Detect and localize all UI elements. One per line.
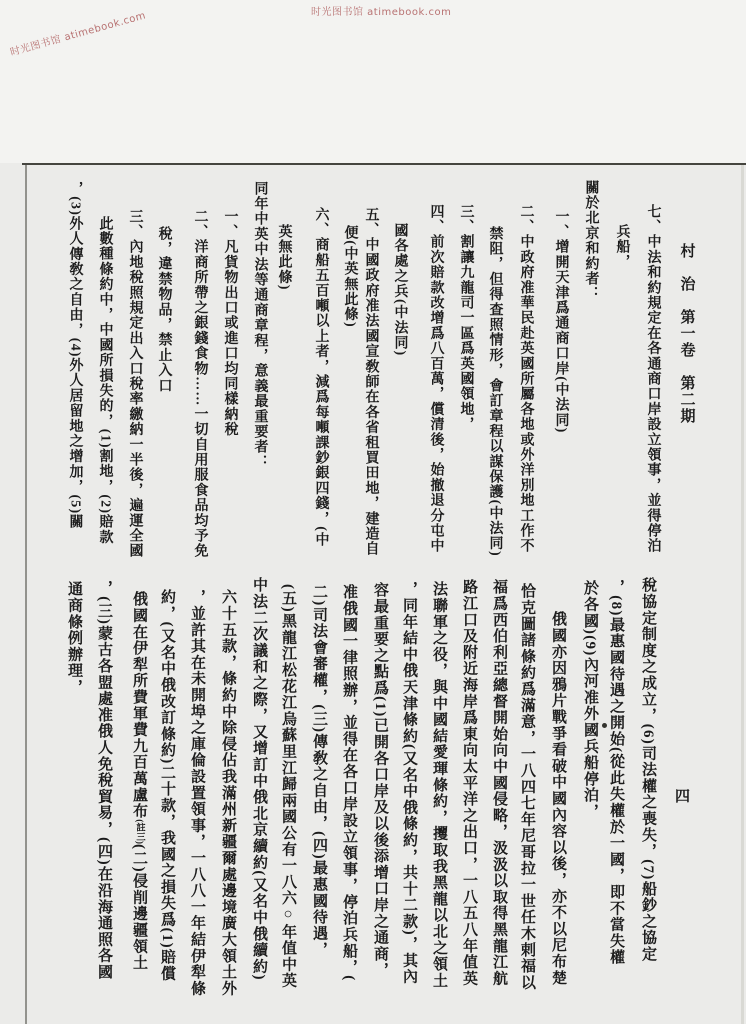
text-column: 通商條例辦理， [66, 581, 82, 1018]
text-column: 路江口及附近海岸爲東向太平洋之出口，一八五八年值英 [461, 579, 477, 1018]
text-column: 容最重要之點爲(1)已開各口岸及以後添增口岸之通商， [372, 582, 388, 1018]
text-column: 約，(又名中俄改訂條約)二十款，我國之損失爲(1)賠償 [159, 589, 175, 1018]
text-column: (五)黑龍江松花江烏蘇里江歸兩國公有一八六○年值中英 [280, 584, 296, 1018]
text-column: 中法二次議和之際，又增訂中俄北京續約(又名中俄續約) [251, 577, 267, 1018]
text-column: ，(三)蒙古各盟處准俄人免稅貿易，(四)在沿海通照各國 [96, 580, 112, 1018]
text-column: 俄國在伊犁所費軍費九百萬盧布(註三)(二)侵削邊疆領土 [131, 591, 147, 1018]
text-column: ，並許其在未開埠之庫倫設置領事，一八八一年結伊犁條 [189, 589, 205, 1018]
right-edge-shadow [741, 165, 744, 1024]
text-column: 稅協定制度之成立，(6)司法權之喪失，(7)船鈔之協定 [640, 577, 656, 1018]
text-column: 於各國)(9)內河准外國兵船停泊， [582, 580, 598, 1018]
text-column: 二)司法會審權，(三)傳敎之自由，(四)最惠國待遇， [311, 584, 327, 1018]
text-column: ，(8)最惠國待遇之開始(從此失權於一國，即不當失權 [608, 579, 624, 1018]
page-number: 四 [673, 788, 689, 1018]
text-column: 准俄國一律照辦，並得在各口岸設立領事，停泊兵船，( [341, 584, 357, 1018]
text-column: 六十五款，條約中除侵佔我滿州新疆爾處邊境廣大領土外 [220, 589, 236, 1018]
text-column: 福爲西伯利亞總督開始向中國侵略，汲汲以取得黑龍江航 [491, 579, 507, 1018]
top-rule-line [22, 163, 746, 165]
ink-dot-artifact [602, 723, 607, 728]
text-column: 法聯軍之役，與中國結愛琿條約，攫取我黑龍以北之領土 [431, 581, 447, 1018]
text-column: 恰克圖諸條約爲滿意，一八四七年尼哥拉一世任木剌福以 [519, 583, 535, 1018]
text-column: 俄國亦因鴉片戰爭看破中國內容以後，亦不以尼布楚 [550, 611, 566, 1018]
text-column: ，同年結中俄天津條約(又名中俄條約，共十二款)，其內 [401, 581, 417, 1018]
scanned-page: 时光图书馆 atimebook.com 时光图书馆 atimebook.com … [0, 0, 746, 1024]
left-edge-line [25, 165, 27, 1024]
watermark-top-center: 时光图书馆 atimebook.com [311, 3, 451, 18]
